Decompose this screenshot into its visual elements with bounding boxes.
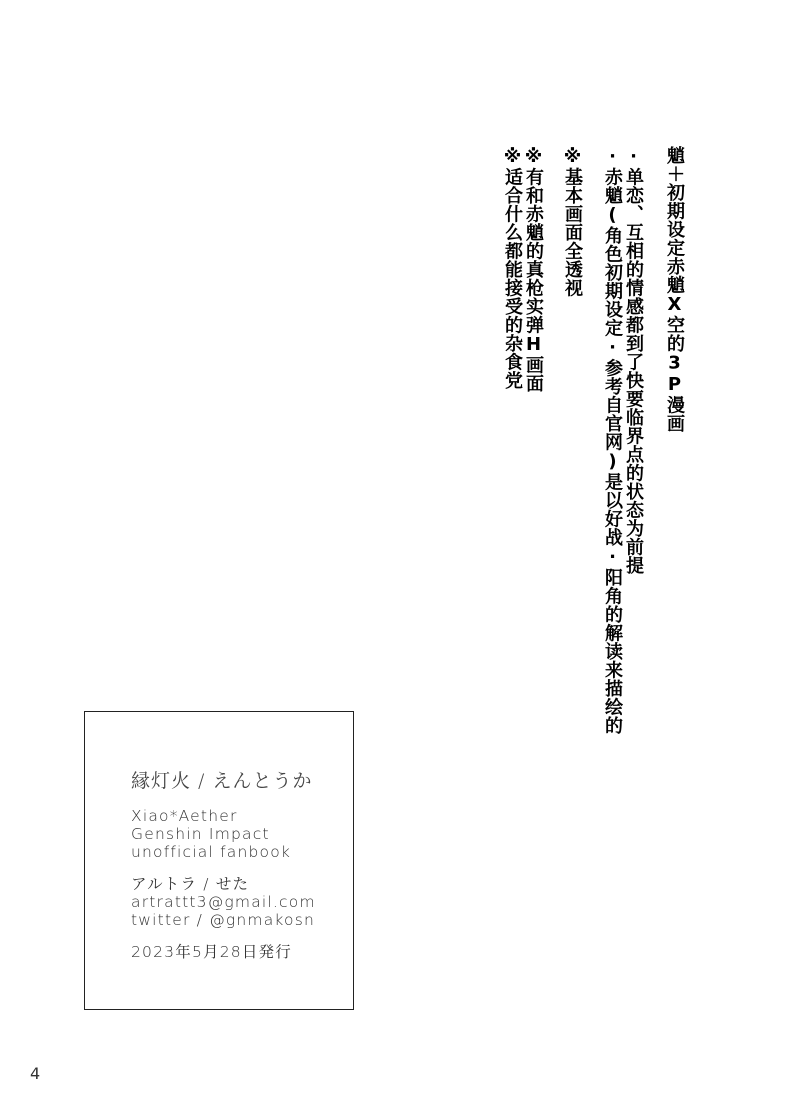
colophon-box: 縁灯火 / えんとうか Xiao*Aether Genshin Impact u… bbox=[84, 711, 354, 1010]
note-column-6: ※适合什么都能接受的杂食党 bbox=[502, 146, 522, 390]
twitter-line: twitter / @gnmakosn bbox=[131, 911, 316, 929]
pairing-line: Xiao*Aether bbox=[131, 807, 316, 825]
book-title: 縁灯火 / えんとうか bbox=[131, 766, 316, 793]
publish-date: 2023年5月28日発行 bbox=[131, 943, 316, 961]
series-line: Genshin Impact bbox=[131, 825, 316, 843]
author-line: アルトラ / せた bbox=[131, 875, 316, 893]
note-column-4: ※基本画面全透视 bbox=[562, 146, 582, 297]
note-column-1: 魈＋初期设定赤魈X空的3P漫画 bbox=[664, 146, 684, 433]
colophon-content: 縁灯火 / えんとうか Xiao*Aether Genshin Impact u… bbox=[131, 766, 316, 961]
fanbook-line: unofficial fanbook bbox=[131, 843, 316, 861]
page-number: 4 bbox=[30, 1064, 40, 1083]
note-column-3: ·赤魈(角色初期设定·参考自官网)是以好战·阳角的解读来描绘的 bbox=[602, 146, 622, 735]
note-column-2: ·单恋、互相的情感都到了快要临界点的状态为前提 bbox=[623, 146, 643, 575]
note-column-5: ※有和赤魈的真枪实弹H画面 bbox=[523, 146, 543, 393]
email-line: artrattt3@gmail.com bbox=[131, 893, 316, 911]
